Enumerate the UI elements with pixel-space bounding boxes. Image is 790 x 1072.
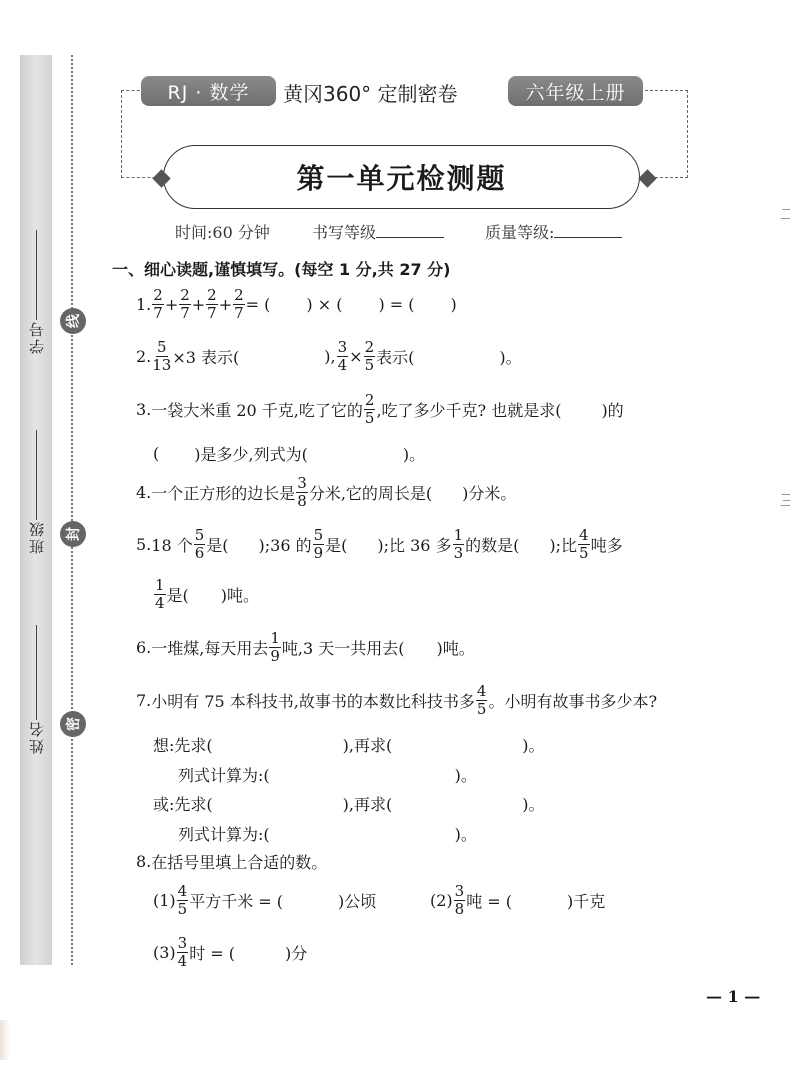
fraction: 27 [152, 288, 164, 321]
question-3: 3. 一袋大米重 20 千克,吃了它的 25 ,吃了多少千克? 也就是求( )的 [136, 393, 624, 426]
question-3-line-2: ( )是多少,列式为( )。 [153, 442, 425, 465]
section-heading: 一、细心读题,谨慎填写。(每空 1 分,共 27 分) [112, 257, 450, 280]
name-field[interactable]: 姓名 [20, 625, 52, 754]
fraction: 34 [337, 340, 349, 373]
question-7: 7. 小明有 75 本科技书,故事书的本数比科技书多 45 。小明有故事书多少本… [136, 684, 657, 717]
quality-grade[interactable]: 质量等级: [485, 220, 622, 243]
question-6: 6. 一堆煤,每天用去 19 吨,3 天一共用去( )吨。 [136, 631, 475, 664]
class-label: 班级 [26, 520, 47, 554]
question-8-part-3: (3) 34 时 = ( )分 [153, 936, 307, 969]
quality-grade-label: 质量等级: [485, 223, 554, 242]
fraction: 38 [454, 884, 466, 917]
fraction: 45 [177, 884, 189, 917]
seal-line: 线 [60, 308, 86, 334]
question-7-think: 想:先求( ),再求( )。 [153, 733, 544, 756]
question-7-calc-1: 列式计算为:( )。 [178, 763, 477, 786]
fraction: 34 [177, 936, 189, 969]
page-corner [0, 1020, 10, 1060]
student-id-label: 学号 [26, 320, 47, 354]
question-8-part-1: (1) 45 平方千米 = ( )公顷 [153, 884, 376, 917]
title-box: 第一单元检测题 [163, 145, 640, 209]
student-id-blank [36, 230, 37, 320]
seal-secret: 密 [60, 711, 86, 737]
question-7-or: 或:先求( ),再求( )。 [153, 792, 544, 815]
fraction: 25 [364, 393, 376, 426]
fraction: 14 [154, 578, 166, 611]
fraction: 59 [313, 528, 325, 561]
question-7-calc-2: 列式计算为:( )。 [178, 822, 477, 845]
header-frame-right [640, 90, 688, 178]
writing-grade-blank[interactable] [376, 224, 444, 238]
class-blank [36, 430, 37, 520]
student-id-field[interactable]: 学号 [20, 230, 52, 354]
question-5-line-2: 14 是( )吨。 [153, 578, 259, 611]
fraction: 513 [152, 340, 171, 373]
subject-badge: RJ · 数学 [141, 76, 276, 106]
class-field[interactable]: 班级 [20, 430, 52, 554]
next-page-mark-3: 三 [780, 488, 790, 511]
fraction: 19 [269, 631, 281, 664]
next-page-mark-2: 二 [780, 202, 790, 225]
quality-grade-blank[interactable] [554, 224, 622, 238]
name-blank [36, 625, 37, 720]
question-1: 1. 27 + 27 + 27 + 27 = ( ) × ( ) = ( ) [136, 288, 457, 321]
question-4: 4. 一个正方形的边长是 38 分米,它的周长是( )分米。 [136, 476, 516, 509]
cut-line [71, 55, 73, 965]
page-number: — 1 — [706, 987, 760, 1006]
fraction: 27 [179, 288, 191, 321]
fraction: 38 [296, 476, 308, 509]
question-2: 2. 513 ×3 表示( ), 34 × 25 表示( )。 [136, 340, 522, 373]
question-8-part-2: (2) 38 吨 = ( )千克 [430, 884, 605, 917]
fraction: 45 [578, 528, 590, 561]
question-5: 5. 18 个 56 是( );36 的 59 是( );比 36 多 13 的… [136, 528, 623, 561]
fraction: 27 [233, 288, 245, 321]
fraction: 27 [206, 288, 218, 321]
fraction: 13 [453, 528, 465, 561]
time-limit: 时间:60 分钟 [175, 220, 270, 243]
writing-grade-label: 书写等级 [312, 223, 376, 242]
fraction: 56 [194, 528, 206, 561]
writing-grade[interactable]: 书写等级 [312, 220, 444, 243]
name-label: 姓名 [26, 720, 47, 754]
fraction: 25 [364, 340, 376, 373]
seal-seal: 封 [60, 521, 86, 547]
fraction: 45 [476, 684, 488, 717]
question-8: 8. 在括号里填上合适的数。 [136, 850, 327, 873]
series-name: 黄冈360° 定制密卷 [283, 78, 458, 107]
grade-badge: 六年级上册 [508, 76, 643, 106]
page-title: 第一单元检测题 [296, 157, 506, 197]
q-number: 1. [136, 295, 151, 314]
